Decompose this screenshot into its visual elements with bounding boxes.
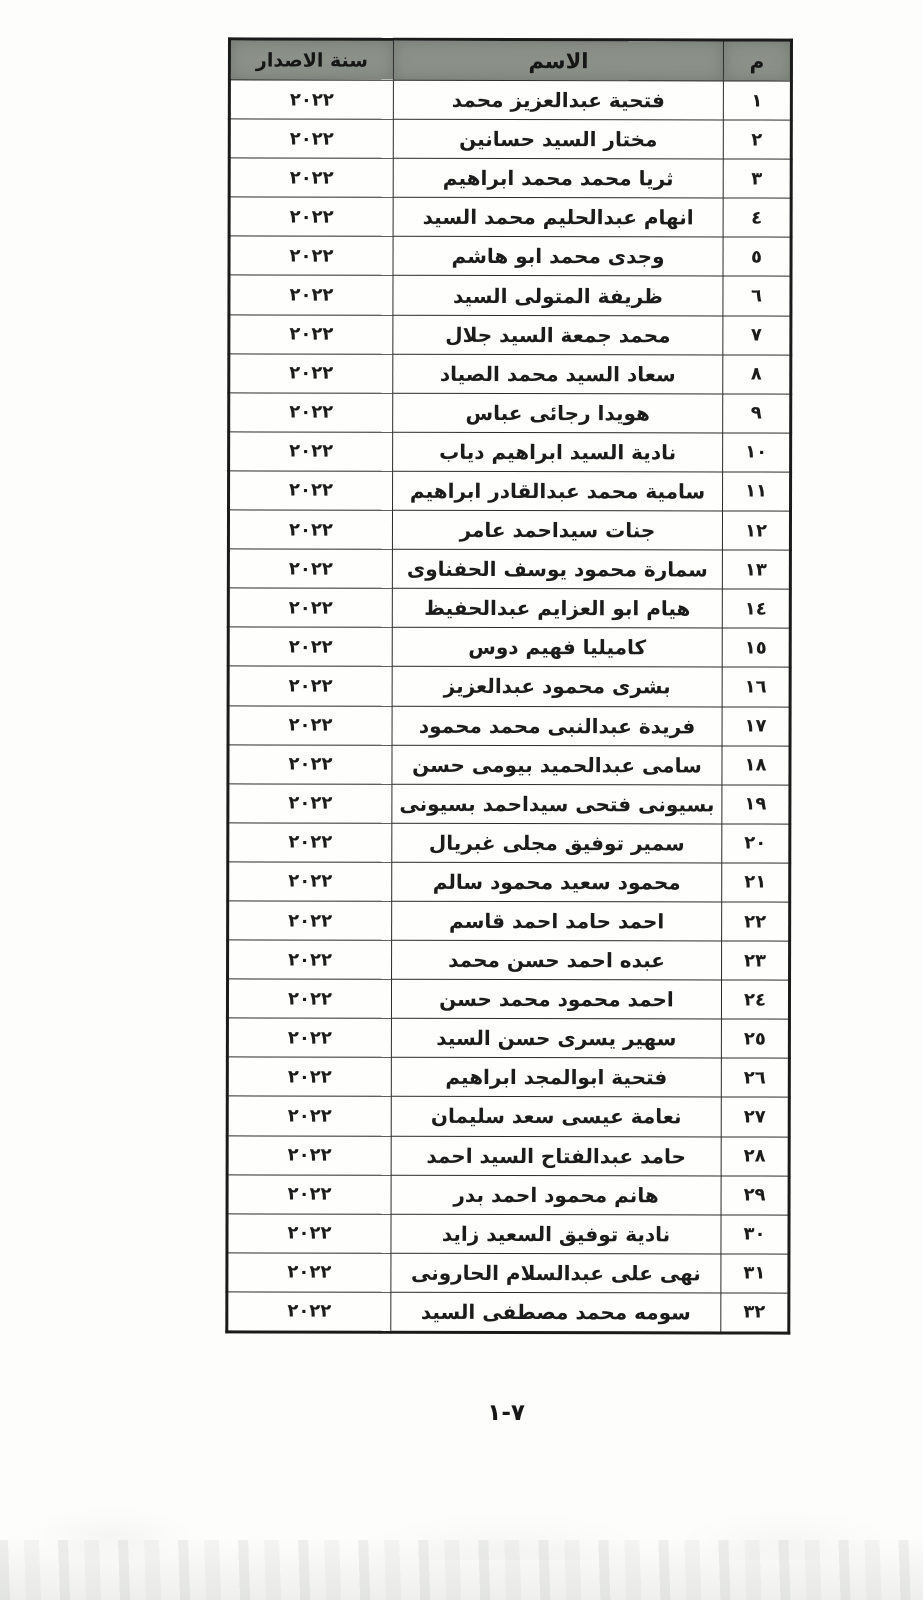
row-serial: ٨ [723, 355, 791, 394]
row-serial: ٣ [723, 159, 791, 198]
row-year: ٢٠٢٢ [229, 354, 393, 393]
row-year: ٢٠٢٢ [227, 1214, 391, 1253]
row-year: ٢٠٢٢ [227, 1175, 391, 1214]
row-serial: ١٢ [722, 511, 790, 550]
row-year: ٢٠٢٢ [228, 784, 392, 823]
table-row: ٢٣ عبده احمد حسن محمد ٢٠٢٢ [228, 940, 790, 980]
row-year: ٢٠٢٢ [228, 627, 392, 666]
table-row: ٢٩ هانم محمود احمد بدر ٢٠٢٢ [227, 1175, 789, 1215]
row-year: ٢٠٢٢ [228, 705, 392, 744]
row-name: عبده احمد حسن محمد [392, 940, 722, 980]
row-serial: ٣٠ [721, 1215, 789, 1254]
row-serial: ٢٨ [721, 1136, 789, 1175]
row-name: محمود سعيد محمود سالم [392, 862, 722, 902]
table-row: ٢٠ سمير توفيق مجلى غبريال ٢٠٢٢ [228, 823, 790, 863]
row-serial: ١١ [723, 472, 791, 511]
row-name: فتحية ابوالمجد ابراهيم [391, 1058, 721, 1098]
row-name: هانم محمود احمد بدر [391, 1175, 721, 1215]
row-year: ٢٠٢٢ [229, 236, 393, 275]
row-year: ٢٠٢٢ [228, 666, 392, 705]
table-row: ١ فتحية عبدالعزيز محمد ٢٠٢٢ [229, 80, 791, 120]
table-row: ٢١ محمود سعيد محمود سالم ٢٠٢٢ [228, 862, 790, 902]
row-serial: ١٦ [722, 667, 790, 706]
table-row: ٢٦ فتحية ابوالمجد ابراهيم ٢٠٢٢ [227, 1057, 789, 1097]
table-row: ٩ هويدا رجائى عباس ٢٠٢٢ [229, 393, 791, 433]
row-serial: ٣٢ [721, 1293, 789, 1333]
row-name: فتحية عبدالعزيز محمد [393, 80, 723, 120]
row-name: سمارة محمود يوسف الحفناوى [392, 549, 722, 589]
row-year: ٢٠٢٢ [227, 1292, 391, 1332]
row-serial: ٢٤ [721, 980, 789, 1019]
row-year: ٢٠٢٢ [228, 510, 392, 549]
row-serial: ٢١ [722, 863, 790, 902]
header-row: م الاسم سنة الاصدار [229, 39, 791, 81]
row-name: مختار السيد حسانين [393, 119, 723, 159]
scanned-page: م الاسم سنة الاصدار ١ فتحية عبدالعزيز مح… [225, 37, 790, 1426]
row-name: ثريا محمد محمد ابراهيم [393, 158, 723, 198]
row-name: محمد جمعة السيد جلال [393, 315, 723, 355]
roster-body: ١ فتحية عبدالعزيز محمد ٢٠٢٢ ٢ مختار السي… [227, 80, 792, 1333]
row-year: ٢٠٢٢ [227, 1018, 391, 1057]
row-name: نادية السيد ابراهيم دياب [393, 432, 723, 472]
row-year: ٢٠٢٢ [229, 80, 393, 119]
row-year: ٢٠٢٢ [227, 979, 391, 1018]
page-number: ٧-١ [225, 1399, 787, 1426]
row-name: هيام ابو العزايم عبدالحفيظ [392, 588, 722, 628]
row-serial: ١٥ [722, 628, 790, 667]
row-serial: ٢٧ [721, 1097, 789, 1136]
row-year: ٢٠٢٢ [227, 1096, 391, 1135]
row-year: ٢٠٢٢ [229, 393, 393, 432]
row-serial: ٩ [723, 394, 791, 433]
row-name: حامد عبدالفتاح السيد احمد [391, 1136, 721, 1176]
row-serial: ١٠ [723, 433, 791, 472]
table-row: ٣٠ نادية توفيق السعيد زايد ٢٠٢٢ [227, 1214, 789, 1254]
row-serial: ٣١ [721, 1254, 789, 1293]
row-year: ٢٠٢٢ [229, 275, 393, 314]
row-serial: ٤ [723, 198, 791, 237]
row-year: ٢٠٢٢ [228, 862, 392, 901]
table-row: ٦ ظريفة المتولى السيد ٢٠٢٢ [229, 275, 791, 315]
row-year: ٢٠٢٢ [228, 588, 392, 627]
row-name: ظريفة المتولى السيد [393, 276, 723, 316]
table-row: ٣٢ سومه محمد مصطفى السيد ٢٠٢٢ [227, 1292, 789, 1333]
row-serial: ١٨ [722, 746, 790, 785]
row-serial: ٢٠ [722, 824, 790, 863]
table-row: ٢٨ حامد عبدالفتاح السيد احمد ٢٠٢٢ [227, 1135, 789, 1175]
table-row: ٨ سعاد السيد محمد الصياد ٢٠٢٢ [229, 354, 791, 394]
row-year: ٢٠٢٢ [229, 158, 393, 197]
row-serial: ٢٣ [722, 941, 790, 980]
table-row: ١٨ سامى عبدالحميد بيومى حسن ٢٠٢٢ [228, 745, 790, 785]
row-year: ٢٠٢٢ [229, 119, 393, 158]
row-year: ٢٠٢٢ [229, 432, 393, 471]
table-row: ١٦ بشرى محمود عبدالعزيز ٢٠٢٢ [228, 666, 790, 706]
row-year: ٢٠٢٢ [227, 1253, 391, 1292]
row-serial: ١٤ [722, 589, 790, 628]
row-serial: ١٩ [722, 785, 790, 824]
row-serial: ٢ [723, 120, 791, 159]
row-name: سومه محمد مصطفى السيد [391, 1292, 721, 1333]
row-year: ٢٠٢٢ [228, 745, 392, 784]
table-row: ٢٧ نعامة عيسى سعد سليمان ٢٠٢٢ [227, 1096, 789, 1136]
table-row: ١٥ كاميليا فهيم دوس ٢٠٢٢ [228, 627, 790, 667]
header-serial: م [723, 40, 791, 81]
row-name: نادية توفيق السعيد زايد [391, 1214, 721, 1254]
table-row: ٤ انهام عبدالحليم محمد السيد ٢٠٢٢ [229, 197, 791, 237]
row-name: بسيونى فتحى سيداحمد بسيونى [392, 784, 722, 824]
row-serial: ٦ [723, 276, 791, 315]
row-serial: ٢٥ [721, 1019, 789, 1058]
row-serial: ٢٦ [721, 1058, 789, 1097]
row-year: ٢٠٢٢ [228, 901, 392, 940]
row-year: ٢٠٢٢ [227, 1057, 391, 1096]
table-row: ٣١ نهى على عبدالسلام الحارونى ٢٠٢٢ [227, 1253, 789, 1293]
table-row: ٥ وجدى محمد ابو هاشم ٢٠٢٢ [229, 236, 791, 276]
table-row: ١٣ سمارة محمود يوسف الحفناوى ٢٠٢٢ [228, 549, 790, 589]
row-name: نهى على عبدالسلام الحارونى [391, 1253, 721, 1293]
row-name: نعامة عيسى سعد سليمان [391, 1097, 721, 1137]
row-name: سامية محمد عبدالقادر ابراهيم [393, 471, 723, 511]
table-row: ١٤ هيام ابو العزايم عبدالحفيظ ٢٠٢٢ [228, 588, 790, 628]
row-year: ٢٠٢٢ [228, 823, 392, 862]
row-name: فريدة عبدالنبى محمد محمود [392, 706, 722, 746]
row-name: وجدى محمد ابو هاشم [393, 237, 723, 277]
row-name: بشرى محمود عبدالعزيز [392, 667, 722, 707]
table-row: ١٢ جنات سيداحمد عامر ٢٠٢٢ [228, 510, 790, 550]
row-name: احمد حامد احمد قاسم [392, 901, 722, 941]
row-serial: ٢٢ [722, 902, 790, 941]
table-row: ٢ مختار السيد حسانين ٢٠٢٢ [229, 119, 791, 159]
row-name: سمير توفيق مجلى غبريال [392, 823, 722, 863]
row-name: احمد محمود محمد حسن [391, 979, 721, 1019]
row-serial: ٢٩ [721, 1176, 789, 1215]
row-year: ٢٠٢٢ [227, 1135, 391, 1174]
row-serial: ١٧ [722, 706, 790, 745]
row-year: ٢٠٢٢ [229, 314, 393, 353]
table-row: ٢٢ احمد حامد احمد قاسم ٢٠٢٢ [228, 901, 790, 941]
row-serial: ٧ [723, 316, 791, 355]
roster-table: م الاسم سنة الاصدار ١ فتحية عبدالعزيز مح… [225, 37, 793, 1334]
table-row: ١١ سامية محمد عبدالقادر ابراهيم ٢٠٢٢ [229, 471, 791, 511]
table-row: ١٧ فريدة عبدالنبى محمد محمود ٢٠٢٢ [228, 705, 790, 745]
row-year: ٢٠٢٢ [229, 197, 393, 236]
row-year: ٢٠٢٢ [228, 549, 392, 588]
row-serial: ٥ [723, 237, 791, 276]
scan-bottom-noise [0, 1540, 923, 1600]
row-name: انهام عبدالحليم محمد السيد [393, 198, 723, 238]
table-row: ٢٥ سهير يسرى حسن السيد ٢٠٢٢ [227, 1018, 789, 1058]
row-year: ٢٠٢٢ [228, 940, 392, 979]
table-row: ٣ ثريا محمد محمد ابراهيم ٢٠٢٢ [229, 158, 791, 198]
header-year: سنة الاصدار [229, 39, 393, 80]
table-row: ١٩ بسيونى فتحى سيداحمد بسيونى ٢٠٢٢ [228, 784, 790, 824]
header-name: الاسم [393, 39, 723, 81]
row-name: جنات سيداحمد عامر [392, 510, 722, 550]
row-name: هويدا رجائى عباس [393, 393, 723, 433]
row-name: سعاد السيد محمد الصياد [393, 354, 723, 394]
row-name: كاميليا فهيم دوس [392, 628, 722, 668]
row-year: ٢٠٢٢ [229, 471, 393, 510]
table-row: ٧ محمد جمعة السيد جلال ٢٠٢٢ [229, 314, 791, 354]
row-name: سهير يسرى حسن السيد [391, 1019, 721, 1059]
table-row: ٢٤ احمد محمود محمد حسن ٢٠٢٢ [227, 979, 789, 1019]
table-row: ١٠ نادية السيد ابراهيم دياب ٢٠٢٢ [229, 432, 791, 472]
row-name: سامى عبدالحميد بيومى حسن [392, 745, 722, 785]
row-serial: ١ [723, 81, 791, 120]
row-serial: ١٣ [722, 550, 790, 589]
